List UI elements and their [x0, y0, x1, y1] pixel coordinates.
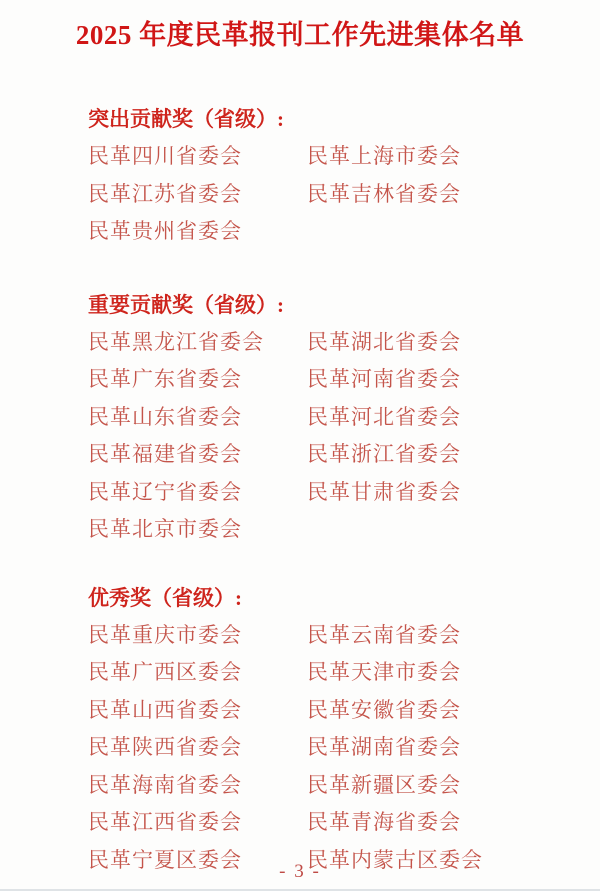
award-row: 民革黑龙江省委会 民革湖北省委会 [88, 324, 570, 362]
committee-name: 民革江西省委会 [88, 804, 307, 842]
committee-name: 民革广东省委会 [88, 361, 307, 399]
committee-name: 民革上海市委会 [307, 138, 570, 176]
award-row: 民革北京市委会 [88, 511, 570, 549]
award-row: 民革山西省委会 民革安徽省委会 [88, 692, 570, 730]
committee-name: 民革浙江省委会 [307, 436, 570, 474]
committee-name: 民革河南省委会 [307, 361, 570, 399]
award-row: 民革海南省委会 民革新疆区委会 [88, 767, 570, 805]
award-row: 民革山东省委会 民革河北省委会 [88, 399, 570, 437]
committee-name: 民革安徽省委会 [307, 692, 570, 730]
section-heading: 突出贡献奖（省级）: [88, 101, 570, 138]
committee-name [307, 511, 570, 549]
committee-name: 民革福建省委会 [88, 436, 307, 474]
committee-name: 民革湖北省委会 [307, 324, 570, 362]
committee-name: 民革北京市委会 [88, 511, 307, 549]
award-row: 民革广东省委会 民革河南省委会 [88, 361, 570, 399]
document-content: 突出贡献奖（省级）: 民革四川省委会 民革上海市委会 民革江苏省委会 民革吉林省… [88, 101, 570, 879]
award-row: 民革四川省委会 民革上海市委会 [88, 138, 570, 176]
page-number: - 3 - [0, 861, 600, 883]
award-row: 民革辽宁省委会 民革甘肃省委会 [88, 474, 570, 512]
award-row: 民革陕西省委会 民革湖南省委会 [88, 729, 570, 767]
committee-name: 民革河北省委会 [307, 399, 570, 437]
committee-name: 民革云南省委会 [307, 617, 570, 655]
committee-name [307, 213, 570, 251]
section-important-contribution: 重要贡献奖（省级）: 民革黑龙江省委会 民革湖北省委会 民革广东省委会 民革河南… [88, 287, 570, 549]
committee-name: 民革甘肃省委会 [307, 474, 570, 512]
award-row: 民革江苏省委会 民革吉林省委会 [88, 176, 570, 214]
committee-name: 民革新疆区委会 [307, 767, 570, 805]
committee-name: 民革陕西省委会 [88, 729, 307, 767]
committee-name: 民革青海省委会 [307, 804, 570, 842]
committee-name: 民革重庆市委会 [88, 617, 307, 655]
committee-name: 民革天津市委会 [307, 654, 570, 692]
committee-name: 民革广西区委会 [88, 654, 307, 692]
committee-name: 民革海南省委会 [88, 767, 307, 805]
award-row: 民革重庆市委会 民革云南省委会 [88, 617, 570, 655]
award-row: 民革江西省委会 民革青海省委会 [88, 804, 570, 842]
award-row: 民革贵州省委会 [88, 213, 570, 251]
committee-name: 民革辽宁省委会 [88, 474, 307, 512]
committee-name: 民革四川省委会 [88, 138, 307, 176]
section-outstanding-contribution: 突出贡献奖（省级）: 民革四川省委会 民革上海市委会 民革江苏省委会 民革吉林省… [88, 101, 570, 251]
document-page: 2025 年度民革报刊工作先进集体名单 突出贡献奖（省级）: 民革四川省委会 民… [0, 0, 600, 891]
committee-name: 民革贵州省委会 [88, 213, 307, 251]
page-title: 2025 年度民革报刊工作先进集体名单 [0, 0, 600, 52]
committee-name: 民革黑龙江省委会 [88, 324, 307, 362]
section-excellence-award: 优秀奖（省级）: 民革重庆市委会 民革云南省委会 民革广西区委会 民革天津市委会… [88, 580, 570, 880]
award-row: 民革广西区委会 民革天津市委会 [88, 654, 570, 692]
committee-name: 民革山西省委会 [88, 692, 307, 730]
committee-name: 民革湖南省委会 [307, 729, 570, 767]
award-row: 民革福建省委会 民革浙江省委会 [88, 436, 570, 474]
committee-name: 民革山东省委会 [88, 399, 307, 437]
committee-name: 民革江苏省委会 [88, 176, 307, 214]
committee-name: 民革吉林省委会 [307, 176, 570, 214]
section-heading: 重要贡献奖（省级）: [88, 287, 570, 324]
section-heading: 优秀奖（省级）: [88, 580, 570, 617]
